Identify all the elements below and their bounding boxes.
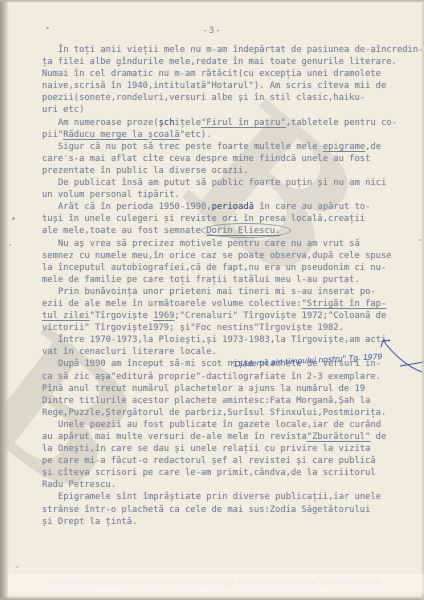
typed-text-segment: Epigramele sînt împrăștiate prin diverse… xyxy=(58,492,381,502)
typed-text-segment: în care au apărut to- xyxy=(254,202,371,212)
typed-line: ța filei albe gîndurile mele,redate în m… xyxy=(42,56,416,68)
typed-line: De publicat însă am putut să public foar… xyxy=(42,177,416,189)
typed-text-segment: Nu aș vrea să precizez motivele pentru c… xyxy=(58,239,360,249)
typed-line: Numai în cel dramatic nu m-am rătăcit(cu… xyxy=(42,68,416,80)
typed-text-segment: semnez cu numele meu,în orice caz se poa… xyxy=(42,251,392,261)
typed-line: Radu Petrescu. xyxy=(42,479,416,491)
typed-text-segment: și cîteva scrisori pe care le-am primit,… xyxy=(42,468,376,478)
typed-line: naive,scrisă în 1940,intitulată"Hotarul"… xyxy=(42,80,416,92)
typed-text-segment: În toți anii vieții mele nu m-am îndepăr… xyxy=(58,45,423,55)
typed-text-segment: Dintre titlurile acestor plachete aminte… xyxy=(42,396,370,406)
typed-text-segment: ,tabletele pentru co- xyxy=(286,118,397,128)
typed-text-segment: ițele xyxy=(175,118,201,128)
scan-speck xyxy=(9,244,11,246)
typed-text-segment: Răducu merge la școală xyxy=(63,130,180,140)
typed-text-segment: Radu Petrescu. xyxy=(42,480,116,490)
typed-line: semnez cu numele meu,în orice caz se poa… xyxy=(42,250,416,262)
pen-arrow-annotation xyxy=(360,328,424,376)
typed-line: Am numeroase proze(șchițele"Firul în pat… xyxy=(42,117,416,129)
typed-line: și Drept la țintă. xyxy=(42,516,416,528)
typed-text-segment: ale mele,toate au fost semnate xyxy=(42,226,206,236)
typed-text-segment: Pînă anul trecut numărul plachetelor a a… xyxy=(42,384,365,394)
typed-text-segment: De publicat însă am putut să public foar… xyxy=(58,178,386,188)
typed-text-segment: Dorin Eliescu. xyxy=(206,226,280,236)
typed-text-segment: prezentate în public la diverse ocazii. xyxy=(42,166,249,176)
typed-line: uri etc) xyxy=(42,104,416,116)
typed-line: care s-a mai aflat cîte ceva despre mine… xyxy=(42,153,416,165)
scan-edge-shadow-top xyxy=(0,0,424,3)
typed-text-segment: victorii" Tîrgoviște1979; și"Foc nestins… xyxy=(42,323,344,333)
typed-line: au apărut mai multe versuri de-ale mele … xyxy=(42,431,416,443)
typed-line: la începutul autobiografiei,că de fapt,n… xyxy=(42,262,416,274)
scan-edge-shadow-left xyxy=(0,0,9,600)
typed-text-segment: tul zilei xyxy=(42,311,90,321)
typed-line: la Onești,în care se dau și unele relați… xyxy=(42,443,416,455)
scan-edge-shadow-bottom xyxy=(0,596,424,600)
scanner-app-watermark-band: Processed using the free version of the … xyxy=(8,574,424,593)
page-number: -3- xyxy=(0,26,424,36)
typed-line: mele de familie pe care toți frații tată… xyxy=(42,274,416,286)
typed-line: prezentate în public la diverse ocazii. xyxy=(42,165,416,177)
typed-text-segment: la începutul autobiografiei,că de fapt,n… xyxy=(42,263,386,273)
typed-text-segment: care s-a mai aflat cîte ceva despre mine… xyxy=(42,154,370,164)
typed-text-segment: ța filei albe gîndurile mele,redate în m… xyxy=(42,57,397,67)
typed-text-segment: la Onești,în care se dau și unele relați… xyxy=(42,444,370,454)
typed-line: Rege,Puzzle,Ștergătorul de parbriz,Surîs… xyxy=(42,407,416,419)
typed-line: Sigur că nu pot să trec peste foarte mul… xyxy=(42,141,416,153)
typed-line: pii"Răducu merge la școală"etc). xyxy=(42,129,416,141)
typed-text-segment: Prin bunăvoința unor prieteni mai tineri… xyxy=(58,287,376,297)
typed-text-segment: pe care mi-a făcut-o redactorul șef al r… xyxy=(42,456,376,466)
typed-line: pe care mi-a făcut-o redactorul șef al r… xyxy=(42,455,416,467)
typed-line: În toți anii vieții mele nu m-am îndepăr… xyxy=(42,44,416,56)
typed-line: Nu aș vrea să precizez motivele pentru c… xyxy=(42,238,416,250)
typed-text-segment: "Firul în patru" xyxy=(201,118,286,128)
typed-text-segment: poezii(sonete,rondeluri,versuri albe și … xyxy=(42,93,365,103)
typed-text-segment: perioadă xyxy=(212,202,254,212)
document-lines: În toți anii vieții mele nu m-am îndepăr… xyxy=(42,44,416,528)
typed-text-segment: pii" xyxy=(42,130,63,140)
typed-text-segment: mele de familie pe care toți frații tată… xyxy=(42,275,360,285)
typed-line: și cîteva scrisori pe care le-am primit,… xyxy=(42,467,416,479)
typed-text-segment: de xyxy=(370,432,386,442)
typed-line: Pînă anul trecut numărul plachetelor a a… xyxy=(42,383,416,395)
typed-text-segment: ,de xyxy=(365,142,381,152)
scanned-typewritten-page: B B -3- În toți anii vieții mele nu m-am… xyxy=(0,0,424,600)
typed-line: Epigramele sînt împrăștiate prin diverse… xyxy=(42,491,416,503)
typed-text-segment: Numai în cel dramatic nu m-am rătăcit(cu… xyxy=(42,69,381,79)
typed-text-segment: Am numeroase proze( xyxy=(58,118,159,128)
typed-text-segment: uri etc) xyxy=(42,105,84,115)
typed-line: ezii de ale mele în următoarele volume c… xyxy=(42,298,416,310)
typed-line: ale mele,toate au fost semnate Dorin Eli… xyxy=(42,225,416,237)
typed-text-segment: Rege,Puzzle,Ștergătorul de parbriz,Surîs… xyxy=(42,408,386,418)
typed-text-segment: epigrame xyxy=(323,142,365,152)
typed-line: poezii(sonete,rondeluri,versuri albe și … xyxy=(42,92,416,104)
typed-text-segment: ezii de ale mele în următoarele volume c… xyxy=(42,299,302,309)
typed-line: Unele poezii au fost publicate în gazete… xyxy=(42,419,416,431)
typed-text-segment: Unele poezii au fost publicate în gazete… xyxy=(58,420,381,430)
scanner-app-watermark-text: Processed using the free version of the … xyxy=(49,580,382,587)
typed-text-segment: ;"Crenaluri" Tîrgoviște 1972;"Coloană de xyxy=(174,311,386,321)
typed-text-segment: șch xyxy=(159,118,175,128)
typed-text-segment: Arăt că în perioda 1950-1990, xyxy=(58,202,212,212)
typed-line: Prin bunăvoința unor prieteni mai tineri… xyxy=(42,286,416,298)
typed-text-segment: au apărut mai multe versuri de-ale mele … xyxy=(42,432,307,442)
typed-line: strânse într-o plachetă ca cele de mai s… xyxy=(42,504,416,516)
typed-line: Arăt că în perioda 1950-1990,perioadă în… xyxy=(42,201,416,213)
typed-line: un volum personal tipărit. xyxy=(42,189,416,201)
typed-text-segment: strânse într-o plachetă ca cele de mai s… xyxy=(42,505,370,515)
typed-text-segment: naive,scrisă în 1940,intitulată"Hotarul"… xyxy=(42,81,386,91)
typed-text-segment: un volum personal tipărit. xyxy=(42,190,180,200)
typed-line: tul zilei"Tîrgoviște 1969;"Crenaluri" Tî… xyxy=(42,310,416,322)
scan-speck xyxy=(16,566,18,568)
typed-text-segment: 1969 xyxy=(153,311,174,321)
scan-speck xyxy=(12,217,15,220)
typed-text-segment: "Strigăt în fap- xyxy=(302,299,387,309)
typed-text-segment: "etc). xyxy=(180,130,212,140)
typed-text-segment: vat în cenacluri literare locale. xyxy=(42,347,217,357)
typed-text-segment: Sigur că nu pot să trec peste foarte mul… xyxy=(58,142,323,152)
typed-text-segment: ca să zic așa"editură proprie"-dactilogr… xyxy=(42,372,381,382)
typed-text-segment: tuși în unele culegeri și reviste ori în… xyxy=(42,214,365,224)
typed-line: Dintre titlurile acestor plachete aminte… xyxy=(42,395,416,407)
typed-text-segment: și Drept la țintă. xyxy=(42,517,137,527)
typed-text-segment: "Zburătorul" xyxy=(307,432,371,442)
typed-text-segment: Între 1970-1973,la Ploiești,și 1973-1983… xyxy=(58,335,392,345)
typed-text-segment: "Tîrgoviște xyxy=(90,311,154,321)
